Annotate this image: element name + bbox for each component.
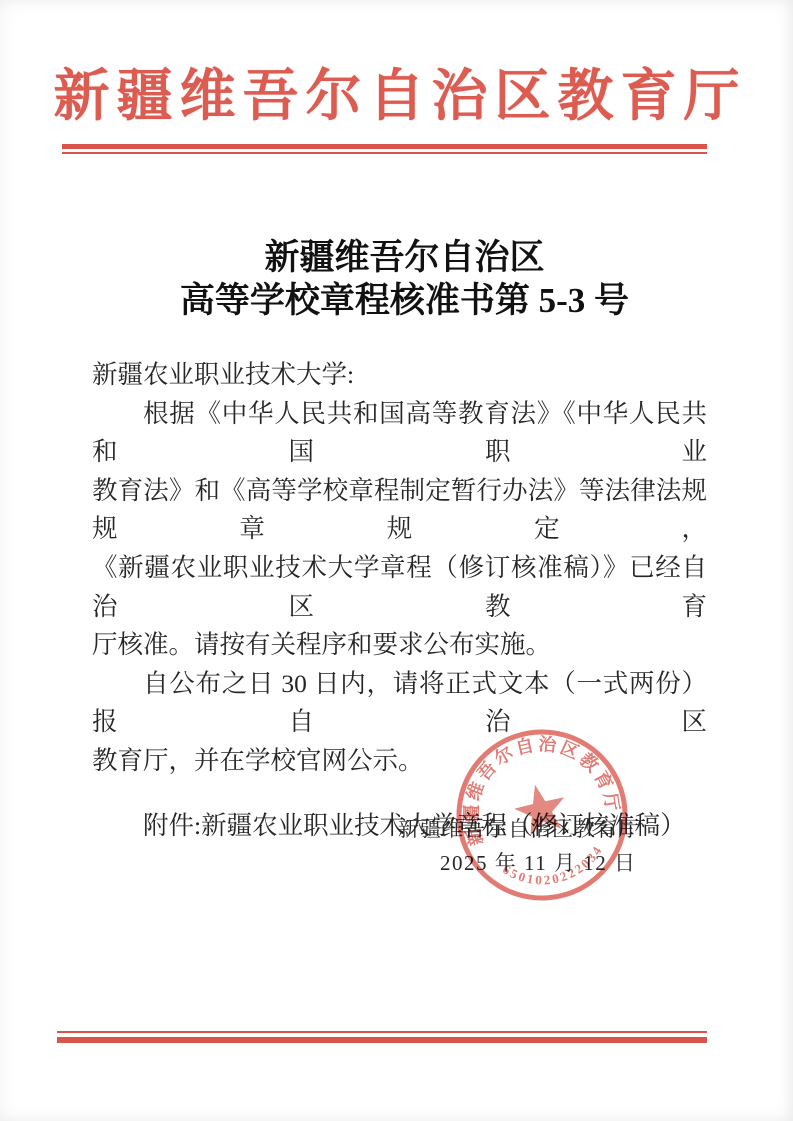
footer-divider bbox=[57, 1031, 707, 1043]
footer-divider-thin-line bbox=[57, 1031, 707, 1033]
header-divider bbox=[62, 144, 707, 154]
body-line: 教育厅，并在学校官网公示。 bbox=[92, 742, 707, 781]
body-line: 教育法》和《高等学校章程制定暂行办法》等法律法规规章规定， bbox=[92, 472, 707, 549]
footer-divider-thick-line bbox=[57, 1037, 707, 1043]
letterhead-org-title: 新疆维吾尔自治区教育厅 bbox=[0, 66, 793, 128]
document-title-line1: 新疆维吾尔自治区 bbox=[8, 236, 793, 279]
header-divider-thick-line bbox=[62, 144, 707, 149]
document-title: 新疆维吾尔自治区 高等学校章程核准书第 5-3 号 bbox=[8, 236, 793, 322]
body-line: 自公布之日 30 日内，请将正式文本（一式两份）报自治区 bbox=[92, 665, 707, 742]
signature-date: 2025 年 11 月 12 日 bbox=[440, 847, 636, 877]
salutation-line: 新疆农业职业技术大学: bbox=[92, 356, 707, 395]
letter-body: 新疆农业职业技术大学: 根据《中华人民共和国高等教育法》《中华人民共和国职业 教… bbox=[92, 356, 707, 845]
signature-org: 新疆维吾尔自治区教育厅 bbox=[398, 813, 640, 843]
document-title-line2: 高等学校章程核准书第 5-3 号 bbox=[8, 279, 793, 322]
document-page: 新疆维吾尔自治区教育厅 新疆维吾尔自治区 高等学校章程核准书第 5-3 号 新疆… bbox=[0, 0, 793, 1121]
body-line: 《新疆农业职业技术大学章程（修订核准稿）》已经自治区教育 bbox=[92, 549, 707, 626]
header-divider-thin-line bbox=[62, 152, 707, 154]
body-line: 厅核准。请按有关程序和要求公布实施。 bbox=[92, 626, 707, 665]
body-line: 根据《中华人民共和国高等教育法》《中华人民共和国职业 bbox=[92, 395, 707, 472]
